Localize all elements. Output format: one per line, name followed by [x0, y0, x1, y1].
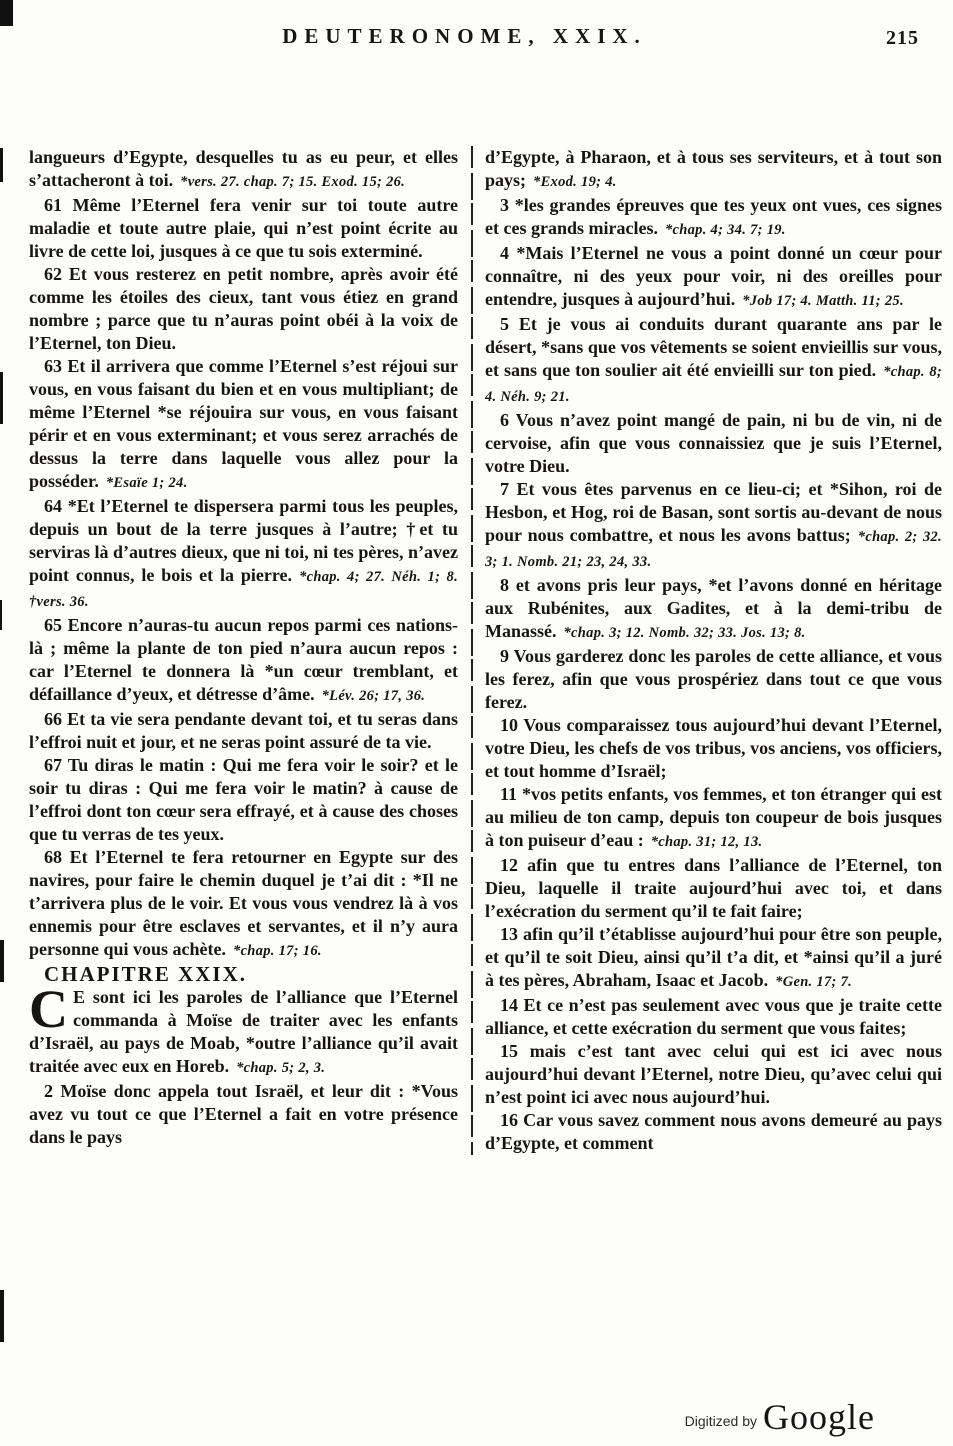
verse-text: 2 Moïse donc appela tout Israël, et leur… — [29, 1081, 458, 1147]
verse-ref: *chap. 4; 34. 7; 19. — [665, 222, 786, 238]
scanned-book-page: DEUTERONOME, XXIX. 215 langueurs d’Egypt… — [0, 0, 953, 1446]
verse-paragraph: 2 Moïse donc appela tout Israël, et leur… — [29, 1080, 458, 1149]
verse-paragraph: 14 Et ce n’est pas seulement avec vous q… — [485, 994, 942, 1040]
verse-paragraph: 3 *les grandes épreuves que tes yeux ont… — [485, 194, 942, 242]
scan-artifact — [0, 940, 4, 982]
verse-paragraph: 15 mais c’est tant avec celui qui est ic… — [485, 1040, 942, 1109]
verse-paragraph: 5 Et je vous ai conduits durant quarante… — [485, 313, 942, 409]
verse-paragraph: 62 Et vous resterez en petit nombre, apr… — [29, 263, 458, 355]
verse-text: 6 Vous n’avez point mangé de pain, ni bu… — [485, 410, 942, 476]
verse-paragraph: d’Egypte, à Pharaon, et à tous ses servi… — [485, 146, 942, 194]
verse-text: 15 mais c’est tant avec celui qui est ic… — [485, 1041, 942, 1107]
verse-ref: *Gen. 17; 7. — [775, 974, 852, 990]
verse-paragraph: 11 *vos petits enfants, vos femmes, et t… — [485, 783, 942, 854]
left-column: langueurs d’Egypte, desquelles tu as eu … — [29, 146, 458, 1155]
verse-ref: *Exod. 19; 4. — [533, 174, 617, 190]
right-column: d’Egypte, à Pharaon, et à tous ses servi… — [485, 146, 942, 1155]
column-divider-rule — [471, 146, 473, 1155]
verse-paragraph: 12 afin que tu entres dans l’alliance de… — [485, 854, 942, 923]
verse-ref: *Esaïe 1; 24. — [106, 475, 188, 491]
digitization-mark: Digitized by Google — [685, 1396, 875, 1438]
verse-paragraph: 63 Et il arrivera que comme l’Eternel s’… — [29, 355, 458, 495]
verse-text: 10 Vous comparaissez tous aujourd’hui de… — [485, 715, 942, 781]
verse-text: 9 Vous garderez donc les paroles de cett… — [485, 646, 942, 712]
verse-paragraph: 4 *Mais l’Eternel ne vous a point donné … — [485, 242, 942, 313]
verse-paragraph: 7 Et vous êtes parvenus en ce lieu-ci; e… — [485, 478, 942, 574]
page-header: DEUTERONOME, XXIX. 215 — [0, 24, 953, 58]
verse-text: 67 Tu diras le matin : Qui me fera voir … — [29, 755, 458, 844]
verse-ref: *Job 17; 4. Matth. 11; 25. — [742, 293, 904, 309]
text-columns: langueurs d’Egypte, desquelles tu as eu … — [29, 146, 944, 1155]
scan-artifact — [0, 0, 13, 26]
verse-paragraph: 64 *Et l’Eternel te dispersera parmi tou… — [29, 495, 458, 614]
verse-paragraph: 16 Car vous savez comment nous avons dem… — [485, 1109, 942, 1155]
verse-text: 5 Et je vous ai conduits durant quarante… — [485, 314, 942, 380]
verse-text: 62 Et vous resterez en petit nombre, apr… — [29, 264, 458, 353]
verse-text: 16 Car vous savez comment nous avons dem… — [485, 1110, 942, 1153]
page-number: 215 — [886, 27, 919, 50]
verse-ref: *chap. 17; 16. — [233, 943, 322, 959]
verse-paragraph: 8 et avons pris leur pays, *et l’avons d… — [485, 574, 942, 645]
scan-artifact — [0, 1290, 4, 1342]
verse-paragraph: 10 Vous comparaissez tous aujourd’hui de… — [485, 714, 942, 783]
verse-paragraph: langueurs d’Egypte, desquelles tu as eu … — [29, 146, 458, 194]
verse-ref: *vers. 27. chap. 7; 15. Exod. 15; 26. — [180, 174, 405, 190]
verse-ref: *chap. 5; 2, 3. — [236, 1060, 325, 1076]
scan-artifact — [0, 372, 3, 424]
drop-cap-initial: C — [29, 988, 68, 1030]
verse-paragraph: 67 Tu diras le matin : Qui me fera voir … — [29, 754, 458, 846]
verse-paragraph: 13 afin qu’il t’établisse aujourd’hui po… — [485, 923, 942, 994]
verse-text: 12 afin que tu entres dans l’alliance de… — [485, 855, 942, 921]
digitized-by-label: Digitized by — [685, 1413, 757, 1429]
verse-text: 66 Et ta vie sera pendante devant toi, e… — [29, 709, 458, 752]
verse-text: 63 Et il arrivera que comme l’Eternel s’… — [29, 356, 458, 491]
scan-artifact — [0, 148, 3, 182]
google-logo: Google — [763, 1396, 875, 1438]
verse-ref: *Lév. 26; 17, 36. — [322, 688, 426, 704]
verse-paragraph: 9 Vous garderez donc les paroles de cett… — [485, 645, 942, 714]
verse-text: 61 Même l’Eternel fera venir sur toi tou… — [29, 195, 458, 261]
chapter-first-paragraph: CE sont ici les paroles de l’alliance qu… — [29, 986, 458, 1080]
chapter-heading: CHAPITRE XXIX. — [29, 963, 458, 986]
verse-paragraph: 65 Encore n’auras-tu aucun repos parmi c… — [29, 614, 458, 708]
verse-text: 13 afin qu’il t’établisse aujourd’hui po… — [485, 924, 942, 990]
running-title: DEUTERONOME, XXIX. — [0, 24, 941, 49]
verse-ref: *chap. 3; 12. Nomb. 32; 33. Jos. 13; 8. — [564, 625, 806, 641]
verse-paragraph: 66 Et ta vie sera pendante devant toi, e… — [29, 708, 458, 754]
verse-paragraph: 61 Même l’Eternel fera venir sur toi tou… — [29, 194, 458, 263]
verse-ref: *chap. 31; 12, 13. — [651, 834, 763, 850]
verse-paragraph: 68 Et l’Eternel te fera retourner en Egy… — [29, 846, 458, 963]
verse-text: 14 Et ce n’est pas seulement avec vous q… — [485, 995, 942, 1038]
verse-paragraph: 6 Vous n’avez point mangé de pain, ni bu… — [485, 409, 942, 478]
scan-artifact — [0, 600, 2, 630]
